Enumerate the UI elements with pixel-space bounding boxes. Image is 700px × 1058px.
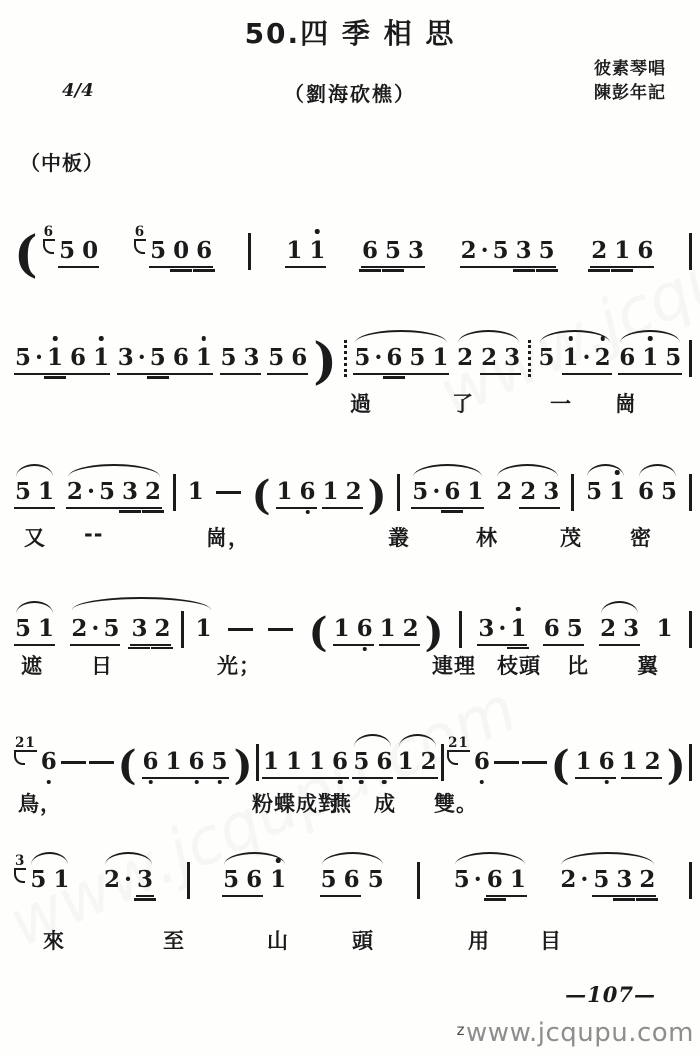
octave-dot-low: [480, 780, 485, 785]
notation-cluster: 2·3: [103, 852, 154, 906]
note-group: 3·561: [117, 332, 213, 384]
lyric-syllable: 用: [468, 925, 490, 955]
arc-spacer: [322, 466, 363, 477]
note-segments: 12: [621, 748, 662, 779]
plain-notes: 2·: [559, 866, 586, 897]
notation-cluster: [397, 474, 400, 518]
note-group: 2·3: [103, 852, 154, 906]
barline: [187, 862, 190, 899]
beamed-notes: 23: [599, 615, 640, 646]
notation-cluster: 6506: [134, 225, 213, 277]
note-segments: 2·3: [103, 866, 154, 897]
note: 1: [510, 615, 526, 642]
notation-cluster: (650: [14, 225, 99, 277]
note: 6: [386, 344, 402, 371]
plain-notes: 6: [473, 748, 491, 779]
note: 6: [70, 344, 86, 371]
note-group: 11: [285, 225, 326, 277]
notation-cluster: 223: [495, 464, 560, 518]
dash-note: [522, 761, 547, 765]
notation-cluster: 3·1: [477, 603, 527, 655]
beam-line: [170, 269, 192, 271]
plain-notes: 1: [194, 615, 212, 646]
arc-spacer: [117, 332, 213, 343]
arc-spacer: [14, 332, 110, 343]
beamed-notes: 12: [322, 478, 363, 509]
notation-cluster: 2·535: [460, 225, 556, 277]
beam-line: [151, 647, 173, 649]
tie-group: 2·5321: [70, 597, 212, 655]
note-segments: 3·1: [477, 615, 527, 646]
lyric-syllable: 鳥，: [18, 788, 62, 818]
note-segments: 51·2: [538, 344, 612, 375]
barline: [441, 744, 444, 781]
note: 5: [567, 615, 583, 642]
slur-arc: [540, 330, 610, 343]
barline: [689, 340, 692, 377]
beamed-notes: 12: [379, 615, 420, 646]
note: 5: [454, 866, 470, 893]
notation-cluster: 65: [637, 464, 678, 518]
parenthesis: (: [14, 233, 38, 276]
note: 5: [59, 237, 75, 264]
note: 6: [189, 748, 205, 775]
beamed-notes: 615: [618, 344, 682, 375]
note: 3: [137, 866, 153, 893]
beam-line: [613, 898, 635, 900]
below-pad: [58, 268, 99, 277]
arc-spacer: [361, 225, 425, 236]
below-pad: [320, 897, 385, 906]
lyric-syllable: 林: [476, 522, 498, 552]
barline: [689, 862, 692, 899]
notation-cluster: 1: [187, 466, 205, 518]
octave-dot-low: [148, 780, 153, 785]
note-group: 565: [320, 852, 385, 906]
note: 5: [354, 344, 370, 371]
note-group: 653: [361, 225, 425, 277]
note-segments: 12: [379, 615, 420, 646]
arc-spacer: [262, 736, 349, 747]
music-system-3: 512·5321(1612)5·612235165又--崗，叢林茂密: [0, 464, 700, 518]
beamed-notes: 532: [592, 866, 656, 897]
notation-cluster: 5·61: [411, 464, 484, 518]
note: ·: [498, 615, 506, 642]
grace-hook: [14, 869, 25, 883]
note-segments: 1: [656, 615, 674, 646]
notation-cluster: 5·61: [453, 852, 527, 906]
note-segments: 1: [194, 615, 212, 646]
beamed-notes: 56: [267, 344, 308, 375]
arc-spacer: [276, 466, 317, 477]
note: ·: [474, 866, 482, 893]
notation-row: 512·5321(1612)3·165231: [0, 597, 700, 655]
note-group: 5·61: [453, 852, 527, 906]
notation-cluster: [689, 474, 692, 518]
lyric-syllable: 遮: [21, 650, 43, 680]
note: 2: [481, 344, 497, 371]
music-system-5: 216(6165)11165612216(1612)鳥，粉蝶成對燕成雙。: [0, 734, 700, 788]
lyric-syllable: 了: [452, 388, 474, 418]
barline: [397, 474, 400, 511]
notation-cluster: [571, 474, 574, 518]
note: ·: [124, 866, 132, 893]
song-title: 50.四 季 相 思: [0, 12, 700, 52]
note-group: 53: [220, 332, 261, 384]
credits: 彼素琴唱 陳彭年記: [594, 58, 666, 106]
notation-cluster: [268, 628, 293, 656]
page-number: —107—: [565, 982, 656, 1007]
note: 1: [263, 748, 279, 775]
note: 6: [376, 748, 392, 775]
note: 5: [15, 478, 31, 505]
lyric-syllable: 比: [567, 650, 589, 680]
slur-arc: [322, 852, 383, 865]
grace-note: 3: [14, 854, 26, 883]
barline: [417, 862, 420, 899]
below-pad: [599, 646, 640, 655]
arc-spacer: [220, 332, 261, 343]
beamed-notes: 23: [519, 478, 560, 509]
slur-arc: [355, 330, 447, 343]
note: 3: [122, 478, 138, 505]
beamed-notes: 2·535: [460, 237, 556, 268]
barline: [181, 611, 184, 648]
beam-line: [513, 269, 535, 271]
note: ·: [138, 344, 146, 371]
note-group: 6165: [142, 736, 229, 788]
note-group: 12: [322, 466, 363, 518]
note: 5: [99, 478, 115, 505]
grace-note: 21: [14, 736, 37, 765]
note: 2: [560, 866, 576, 893]
lyric-syllable: 山: [267, 925, 289, 955]
note-segments: 653: [361, 237, 425, 268]
grace-digits: 21: [447, 736, 470, 752]
note: 6: [599, 748, 615, 775]
note-group: 56: [352, 734, 393, 788]
note: 1: [196, 344, 212, 371]
slur-arc: [68, 464, 160, 477]
arc-spacer: [590, 225, 654, 236]
note: 2: [600, 615, 616, 642]
lyric-syllable: 成: [374, 788, 396, 818]
notation-cluster: [187, 862, 190, 906]
notation-row: 3512·35615655·612·532: [0, 852, 700, 906]
note: 5: [586, 478, 602, 505]
arc-spacer: [40, 736, 58, 747]
lyric-syllable: 翼: [637, 650, 659, 680]
dash-note: [494, 761, 519, 765]
note-group: 23: [599, 601, 640, 655]
note: ·: [583, 344, 591, 371]
beamed-notes: 61: [486, 866, 527, 897]
singer-credit: 彼素琴唱: [594, 58, 666, 82]
notation-row: (6506506116532·535216: [0, 225, 700, 277]
barline: [256, 744, 259, 781]
barline: [571, 474, 574, 511]
note: 2: [461, 237, 477, 264]
notation-cluster: 2·532: [559, 852, 656, 906]
beamed-notes: 56: [320, 866, 361, 897]
note: 0: [82, 237, 98, 264]
below-pad: [322, 509, 363, 518]
note: 5: [353, 748, 369, 775]
note-segments: 51: [585, 478, 626, 509]
notation-cluster: 653: [361, 225, 425, 277]
beam-line: [359, 269, 381, 271]
note: 1: [432, 344, 448, 371]
notation-cluster: 351: [14, 852, 70, 906]
note-segments: 2·5: [70, 615, 120, 646]
below-pad: [262, 779, 349, 788]
beamed-notes: 3: [136, 866, 154, 897]
note: 1: [195, 615, 211, 642]
arc-spacer: [58, 225, 99, 236]
barline: [689, 474, 692, 511]
beamed-notes: 51: [14, 478, 55, 509]
note-segments: 12: [397, 748, 438, 779]
notation-cluster: [441, 744, 444, 788]
dash-note: [228, 628, 253, 632]
parenthesis: ): [667, 749, 686, 783]
beam-line: [134, 898, 156, 900]
note-segments: 16: [575, 748, 616, 779]
note-segments: 615: [618, 344, 682, 375]
notation-cluster: 1: [656, 603, 674, 655]
octave-dot-high: [516, 607, 521, 612]
lyric-syllable: 光；: [217, 650, 261, 680]
note: 5: [15, 344, 31, 371]
arc-spacer: [149, 225, 213, 236]
note-group: 223: [456, 330, 521, 384]
note: 2: [591, 237, 607, 264]
notation-cluster: 216: [14, 736, 58, 788]
octave-dot-low: [194, 780, 199, 785]
note: 6: [637, 237, 653, 264]
below-pad: [276, 509, 317, 518]
note: 2: [145, 478, 161, 505]
beam-line: [382, 269, 404, 271]
grace-note: 21: [447, 736, 470, 765]
notation-cluster: 2·5321: [70, 597, 212, 655]
notation-cluster: 1116: [262, 736, 349, 788]
barline: [689, 233, 692, 270]
octave-dot-low: [382, 780, 387, 785]
note: 1: [93, 344, 109, 371]
note: 1: [38, 615, 54, 642]
note-group: 1116: [262, 736, 349, 788]
octave-dot-high: [99, 336, 104, 341]
beamed-notes: 51: [14, 615, 55, 646]
grace-digits: 3: [14, 854, 26, 870]
lyric-syllable: 崗，: [206, 522, 250, 552]
note-group: 65: [543, 603, 584, 655]
beam-line: [44, 376, 66, 378]
dotted-barline: [528, 340, 531, 377]
below-pad: [397, 779, 438, 788]
below-pad: [14, 509, 55, 518]
beam-line: [484, 898, 506, 900]
note-segments: 223: [495, 478, 560, 509]
note-segments: 56: [352, 748, 393, 779]
note: 3: [244, 344, 260, 371]
notation-row: 216(6165)11165612216(1612): [0, 734, 700, 788]
beamed-notes: 6165: [142, 748, 229, 779]
parenthesis: (: [309, 616, 328, 650]
notation-cluster: [689, 611, 692, 655]
slur-arc: [31, 852, 68, 865]
slur-arc: [413, 464, 482, 477]
note: 6: [41, 748, 57, 775]
note-group: 3·1: [477, 603, 527, 655]
notator-credit: 陳彭年記: [594, 82, 666, 106]
arc-spacer: [473, 736, 491, 747]
note: 2: [595, 344, 611, 371]
tempo-marking: （中板）: [20, 147, 104, 176]
beam-line: [383, 376, 405, 378]
music-system-6: 3512·35615655·612·532來至山頭用目: [0, 852, 700, 906]
beamed-notes: 16: [276, 478, 317, 509]
grace-hook: [447, 751, 458, 765]
below-pad: [637, 509, 678, 518]
beamed-notes: 65: [543, 615, 584, 646]
note-segments: 1116: [262, 748, 349, 779]
notation-cluster: 51: [14, 464, 55, 518]
octave-dot-high: [276, 858, 281, 863]
notation-cluster: 216: [590, 225, 654, 277]
notation-cluster: [61, 761, 86, 789]
beamed-notes: 16: [333, 615, 374, 646]
notation-cluster: 216: [447, 736, 491, 788]
slur-arc: [458, 330, 519, 343]
notation-cluster: [689, 340, 692, 384]
note: 6: [300, 478, 316, 505]
note: 1: [286, 237, 302, 264]
note: 1: [166, 748, 182, 775]
lyric-syllable: 雙。: [434, 788, 478, 818]
notation-row: 512·5321(1612)5·612235165: [0, 464, 700, 518]
lyric-syllable: 粉蝶成對: [252, 788, 340, 818]
notation-cluster: 23: [599, 601, 640, 655]
slur-arc: [105, 852, 152, 865]
note-group: 12: [621, 736, 662, 788]
note-group: 51: [14, 601, 55, 655]
barline: [689, 611, 692, 648]
note-group: 51: [29, 852, 70, 906]
lyric-syllable: 過: [350, 388, 372, 418]
arc-spacer: [543, 603, 584, 614]
beamed-notes: 3·561: [117, 344, 213, 375]
note: 2: [71, 615, 87, 642]
note-group: 1: [656, 603, 674, 655]
note: 2: [457, 344, 473, 371]
note-segments: 1: [187, 478, 205, 509]
parenthesis: (: [551, 749, 570, 783]
note: 5: [150, 344, 166, 371]
plain-notes: 1: [269, 866, 287, 897]
dotted-barline: [344, 340, 347, 377]
note: 5: [385, 237, 401, 264]
note-segments: 12: [322, 478, 363, 509]
notation-cluster: 51: [585, 464, 626, 518]
note: 1: [323, 478, 339, 505]
music-system-2: 5·1613·5615356)5·65122351·2615過了一崗: [0, 330, 700, 384]
below-pad: [222, 897, 287, 906]
note: 5: [223, 866, 239, 893]
note: 5: [409, 344, 425, 371]
beam-line: [147, 376, 169, 378]
note-segments: 5·61: [453, 866, 527, 897]
lyric-syllable: --: [84, 522, 103, 546]
arc-spacer: [333, 603, 374, 614]
lyric-syllable: 日: [91, 650, 113, 680]
note: 3: [118, 344, 134, 371]
lyric-syllable: 燕: [330, 788, 352, 818]
note-group: 1: [187, 466, 205, 518]
notation-cluster: (6165): [118, 736, 253, 788]
note: 1: [467, 478, 483, 505]
note: 6: [619, 344, 635, 371]
note: 3: [516, 237, 532, 264]
plain-notes: 2·: [103, 866, 130, 897]
grace-digits: 6: [43, 225, 55, 241]
lyric-syllable: 頭: [352, 925, 374, 955]
notation-cluster: [417, 862, 420, 906]
note: 1: [188, 478, 204, 505]
plain-notes: 51: [29, 866, 70, 897]
lyric-syllable: 來: [43, 925, 65, 955]
note: 5: [212, 748, 228, 775]
below-pad: [285, 268, 326, 277]
note-segments: 50: [58, 237, 99, 268]
note: ·: [481, 237, 489, 264]
lyric-syllable: 茂: [560, 522, 582, 552]
note: 1: [510, 866, 526, 893]
note-segments: 51: [14, 478, 55, 509]
note: 2: [346, 478, 362, 505]
notation-cluster: 5·161: [14, 332, 110, 384]
music-system-4: 512·5321(1612)3·165231遮日光；連理枝頭比翼: [0, 597, 700, 655]
notation-cluster: 2·532: [66, 464, 162, 518]
lyric-syllable: 一: [550, 388, 572, 418]
note: 1: [563, 344, 579, 371]
note: 6: [143, 748, 159, 775]
note-group: 5·651: [353, 330, 449, 384]
octave-dot-high: [648, 336, 653, 341]
plain-notes: 65: [637, 478, 678, 509]
note: 0: [173, 237, 189, 264]
grace-hook: [43, 240, 54, 254]
lyric-syllable: 又: [24, 522, 46, 552]
barline: [689, 744, 692, 781]
notation-cluster: [89, 761, 114, 789]
note: ·: [91, 615, 99, 642]
beamed-notes: 216: [590, 237, 654, 268]
slur-arc: [497, 464, 558, 477]
slur-arc: [601, 601, 638, 614]
note-group: 51: [14, 464, 55, 518]
note: 6: [638, 478, 654, 505]
beam-line: [611, 269, 633, 271]
octave-dot-low: [362, 647, 367, 652]
below-pad: [379, 646, 420, 655]
notation-cluster: [256, 744, 259, 788]
beam-line: [588, 269, 610, 271]
note-group: 2·532: [559, 852, 656, 906]
notation-cluster: [522, 761, 547, 789]
lyric-syllable: 連理: [432, 650, 476, 680]
